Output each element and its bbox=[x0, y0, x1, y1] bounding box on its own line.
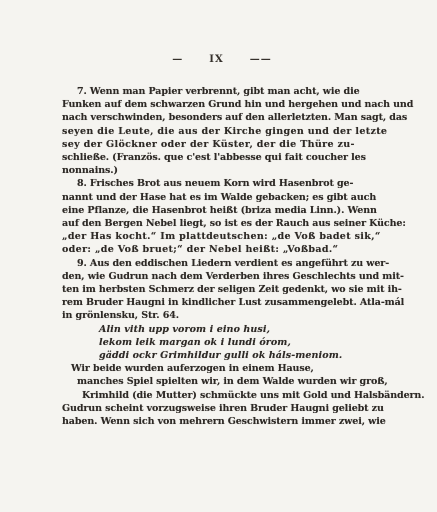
text-line: nach verschwinden, besonders auf den all… bbox=[62, 111, 382, 124]
text-line: „der Has kocht.“ Im plattdeutschen: „de … bbox=[62, 230, 382, 243]
verse-line: Alin vith upp vorom i eino husi, bbox=[62, 323, 382, 336]
page-number: IX bbox=[209, 54, 223, 65]
header-dash-left: — bbox=[172, 54, 183, 65]
header-dash-right: —— bbox=[250, 54, 272, 65]
verse-line: lekom leik margan ok i lundi órom, bbox=[62, 336, 382, 349]
scanned-book-page: — IX —— 7. Wenn man Papier verbrennt, gi… bbox=[0, 0, 437, 512]
text-block: — IX —— 7. Wenn man Papier verbrennt, gi… bbox=[62, 54, 382, 428]
text-line: Funken auf dem schwarzen Grund hin und h… bbox=[62, 98, 382, 111]
translation-line: Wir beide wurden auferzogen in einem Hau… bbox=[62, 362, 382, 375]
translation-line: Krimhild (die Mutter) schmückte uns mit … bbox=[62, 389, 382, 402]
text-line: 7. Wenn man Papier verbrennt, gibt man a… bbox=[62, 85, 382, 98]
text-line: haben. Wenn sich von mehrern Geschwister… bbox=[62, 415, 382, 428]
closing-prose: Gudrun scheint vorzugsweise ihren Bruder… bbox=[62, 402, 382, 428]
text-line: schließe. (Französ. que c'est l'abbesse … bbox=[62, 151, 382, 164]
text-line: den, wie Gudrun nach dem Verderben ihres… bbox=[62, 270, 382, 283]
paragraph-9: 9. Aus den eddischen Liedern verdient es… bbox=[62, 257, 382, 323]
translation-line: manches Spiel spielten wir, in dem Walde… bbox=[62, 375, 382, 388]
text-line: nannt und der Hase hat es im Walde gebac… bbox=[62, 191, 382, 204]
text-line: seyen die Leute, die aus der Kirche ging… bbox=[62, 125, 382, 138]
page-header: — IX —— bbox=[62, 54, 382, 65]
paragraph-7: 7. Wenn man Papier verbrennt, gibt man a… bbox=[62, 85, 382, 177]
text-line: 8. Frisches Brot aus neuem Korn wird Has… bbox=[62, 177, 382, 190]
text-line: oder: „de Voß bruet;“ der Nebel heißt: „… bbox=[62, 243, 382, 256]
text-line: eine Pflanze, die Hasenbrot heißt (briza… bbox=[62, 204, 382, 217]
text-line: sey der Glöckner oder der Küster, der di… bbox=[62, 138, 382, 151]
text-line: in grönlensku, Str. 64. bbox=[62, 309, 382, 322]
text-line: rem Bruder Haugni in kindlicher Lust zus… bbox=[62, 296, 382, 309]
text-line: auf den Bergen Nebel liegt, so ist es de… bbox=[62, 217, 382, 230]
verse-translation: Wir beide wurden auferzogen in einem Hau… bbox=[62, 362, 382, 402]
paragraph-8: 8. Frisches Brot aus neuem Korn wird Has… bbox=[62, 177, 382, 256]
text-line: Gudrun scheint vorzugsweise ihren Bruder… bbox=[62, 402, 382, 415]
verse-line: gäddi ockr Grimhildur gulli ok háls-meni… bbox=[62, 349, 382, 362]
old-norse-verse: Alin vith upp vorom i eino husi, lekom l… bbox=[62, 323, 382, 363]
text-line: 9. Aus den eddischen Liedern verdient es… bbox=[62, 257, 382, 270]
text-line: nonnains.) bbox=[62, 164, 382, 177]
text-line: ten im herbsten Schmerz der seligen Zeit… bbox=[62, 283, 382, 296]
